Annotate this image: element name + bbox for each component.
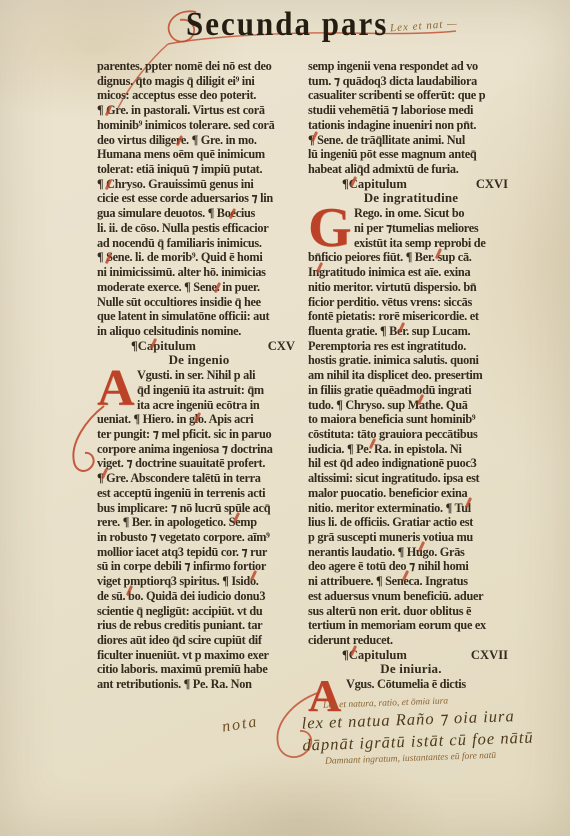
right-text-column: semp ingenii vena respondet ad votum. ⁊ … xyxy=(308,59,514,715)
text-line: rius de rebus creditis puniant. tar xyxy=(97,618,301,633)
text-line: ¶ Sene. de trāq̄llitate animi. Nul xyxy=(308,133,514,148)
text-line: Nulle sūt occultiores insidie q̄ hee xyxy=(97,295,301,310)
text-line: rere. ¶ Ber. in apologetico. Semp xyxy=(97,515,301,530)
text-line: ¶ Sene. li. de morib⁹. Quid ē homi xyxy=(97,250,301,265)
text-line: diores aūt ideo q̄d scire cupiūt dif xyxy=(97,633,301,648)
text-line: hil est q̄d adeo indignationē puoc3 xyxy=(308,456,514,471)
right-paragraph-2: bn̄ficio peiores fiūt. ¶ Ber. sup cā.Ing… xyxy=(308,250,514,647)
text-line: tum. ⁊ quādoq3 dicta laudabiliora xyxy=(308,74,514,89)
text-line: semp ingenii vena respondet ad vo xyxy=(308,59,514,74)
text-line: am nihil ita displicet deo. presertim xyxy=(308,368,514,383)
text-line: Humana mens oēm quē inimicum xyxy=(97,147,301,162)
text-line: cicie est esse corde aduersarios ⁊ lin xyxy=(97,191,301,206)
text-line: Peremptoria res est ingratitudo. xyxy=(308,339,514,354)
rubricated-initial-G: G xyxy=(308,206,354,250)
text-line: in filiis gratie quēadmodū ingrati xyxy=(308,383,514,398)
text-line: casualiter scribenti se offerūt: que p xyxy=(308,88,514,103)
chapter-number: CXVII xyxy=(471,648,508,663)
text-line: ad nocendū q̄ familiaris inimicus. xyxy=(97,236,301,251)
text-line: li. ii. de cōso. Nulla pestis efficacior xyxy=(97,221,301,236)
chapter-label: ¶Capitulum xyxy=(131,339,196,354)
right-paragraph-1: semp ingenii vena respondet ad votum. ⁊ … xyxy=(308,59,514,177)
text-line: nerantis laudatio. ¶ Hugo. Grās xyxy=(308,545,514,560)
text-line: ficulter inueniūt. vt p maximo exer xyxy=(97,648,301,663)
text-line: parentes. ppter nomē dei nō est deo xyxy=(97,59,301,74)
text-line: ciderunt reducet. xyxy=(308,633,514,648)
text-line: sus alterū non erit. duor oblitus ē xyxy=(308,604,514,619)
text-line: lius li. de officiis. Gratiar actio est xyxy=(308,515,514,530)
text-line: hominib⁹ inimicos tolerare. sed corā xyxy=(97,118,301,133)
text-line: ¶ Gre. Abscondere talētū in terra xyxy=(97,471,301,486)
chapter-heading-cxv: ¶Capitulum CXV xyxy=(97,339,301,354)
text-line: mollior iacet atq3 tepidū cor. ⁊ rur xyxy=(97,545,301,560)
text-line: iudicia. ¶ Pe. Ra. in epistola. Ni xyxy=(308,442,514,457)
chapter-number: CXVI xyxy=(476,177,508,192)
left-paragraph-1: parentes. ppter nomē dei nō est deodignu… xyxy=(97,59,301,339)
text-line: ¶ Gre. in pastorali. Virtus est corā xyxy=(97,103,301,118)
text-line: malor puocatio. beneficior exina xyxy=(308,486,514,501)
text-line: ita acre ingeniū ecōtra in xyxy=(137,398,301,413)
text-line: deo agere ē totū deo ⁊ nihil homi xyxy=(308,559,514,574)
manuscript-page: Secunda pars Lex et nat — parentes. ppte… xyxy=(0,0,570,836)
text-line: hostis gratie. inimica salutis. quoni xyxy=(308,353,514,368)
bottom-handwritten-annotations: Lex et natura, ratio, et ōmia iuralex et… xyxy=(301,691,565,768)
chapter-number: CXV xyxy=(268,339,295,354)
initial-tail-flourish xyxy=(58,398,118,483)
text-line: cōstituta: tāto grauiora peccātibus xyxy=(308,427,514,442)
text-line: citio laboris. maximū premiū habe xyxy=(97,662,301,677)
text-line: moderate exerce. ¶ Sene. in puer. xyxy=(97,280,301,295)
chapter-heading-cxvi: ¶Capitulum CXVI xyxy=(308,177,514,192)
text-line: nitio meritor. virtutū dispersio. bn̄ xyxy=(308,280,514,295)
text-line: tudo. ¶ Chryso. sup Mathe. Quā xyxy=(308,398,514,413)
text-line: to maiora beneficia sunt hominib⁹ xyxy=(308,412,514,427)
text-line: viget. ⁊ doctrine suauitatē profert. xyxy=(97,456,301,471)
text-line: dignus. q̄to magis q̄ diligit ei⁹ ini xyxy=(97,74,301,89)
text-line: p grā suscepti muneris votiua mu xyxy=(308,530,514,545)
text-line: tertium in memoriam eorum que ex xyxy=(308,618,514,633)
text-line: habeat aliq̄d admixtū de furia. xyxy=(308,162,514,177)
text-line: gua simulare deuotos. ¶ Boecius xyxy=(97,206,301,221)
text-line: fluenta gratie. ¶ Ber. sup Lucam. xyxy=(308,324,514,339)
text-line: que latent in simulatōne officii: aut xyxy=(97,309,301,324)
text-line: ¶ Chryso. Grauissimū genus ini xyxy=(97,177,301,192)
left-text-column: parentes. ppter nomē dei nō est deodignu… xyxy=(97,59,301,692)
text-line: est acceptū ingeniū in terrenis acti xyxy=(97,486,301,501)
dropcap-lines: Vgus. Cōtumelia ē dictis xyxy=(346,677,514,692)
text-line: est aduersus vnum beneficiū. aduer xyxy=(308,589,514,604)
text-line: fontē pietatis: rorē misericordie. et xyxy=(308,309,514,324)
text-line: tationis indagine inueniri non pn̄t. xyxy=(308,118,514,133)
text-line: studii vehemētiā ⁊ laboriose medi xyxy=(308,103,514,118)
text-line: ter pungit: ⁊ mel pficit. sic in paruo xyxy=(97,427,301,442)
running-title: Secunda pars xyxy=(186,5,388,44)
text-line: bn̄ficio peiores fiūt. ¶ Ber. sup cā. xyxy=(308,250,514,265)
nota-annotation: nota xyxy=(221,713,260,736)
text-line: ni attribuere. ¶ Seneca. Ingratus xyxy=(308,574,514,589)
text-line: Vgus. Cōtumelia ē dictis xyxy=(346,677,514,692)
dropcap-block-ingratitudine: G Rego. in ome. Sicut boni per ⁊tumelias… xyxy=(308,206,514,250)
text-line: existūt ita semp reprobi de xyxy=(354,236,514,251)
dropcap-lines: Vgusti. in ser. Nihil p aliq̄d ingeniū i… xyxy=(137,368,301,412)
text-line: micos: acceptus esse deo poterit. xyxy=(97,88,301,103)
text-line: deo virtus diligere. ¶ Gre. in mo. xyxy=(97,133,301,148)
text-line: sū in corpe debili ⁊ infirmo fortior xyxy=(97,559,301,574)
dropcap-block-ingenio: A Vgusti. in ser. Nihil p aliq̄d ingeniū… xyxy=(97,368,301,412)
text-line: Rego. in ome. Sicut bo xyxy=(354,206,514,221)
text-line: Ingratitudo inimica est aīe. exina xyxy=(308,265,514,280)
text-line: q̄d ingeniū ita astruit: q̄m xyxy=(137,383,301,398)
text-line: Vgusti. in ser. Nihil p ali xyxy=(137,368,301,383)
text-line: altissimi: sicut ingratitudo. ipsa est xyxy=(308,471,514,486)
text-line: corpore anima ingeniosa ⁊ doctrina xyxy=(97,442,301,457)
text-line: in robusto ⁊ vegetato corpore. aīm⁹ xyxy=(97,530,301,545)
chapter-heading-cxvii: ¶Capitulum CXVII xyxy=(308,648,514,663)
text-line: ni inimicissimū. alter hō. inimicias xyxy=(97,265,301,280)
text-line: tolerat: etiā iniquū ⁊ impiū putat. xyxy=(97,162,301,177)
text-line: nitio. meritor exterminatio. ¶ Tul xyxy=(308,501,514,516)
text-line: bus implicare: ⁊ nō lucrū spūle acq̄ xyxy=(97,501,301,516)
text-line: ni per ⁊tumelias meliores xyxy=(354,221,514,236)
text-line: lū ingeniū pōt esse magnum anteq̄ xyxy=(308,147,514,162)
text-line: ficior perditio. vētus vrens: siccās xyxy=(308,295,514,310)
text-line: viget pmptiorq3 spiritus. ¶ Isido. xyxy=(97,574,301,589)
left-paragraph-2: ueniat. ¶ Hiero. in glo. Apis acriter pu… xyxy=(97,412,301,692)
text-line: in aliquo celsitudinis nomine. xyxy=(97,324,301,339)
dropcap-lines: Rego. in ome. Sicut boni per ⁊tumelias m… xyxy=(354,206,514,250)
text-line: scientie q̄ negligūt: accipiūt. vt du xyxy=(97,604,301,619)
